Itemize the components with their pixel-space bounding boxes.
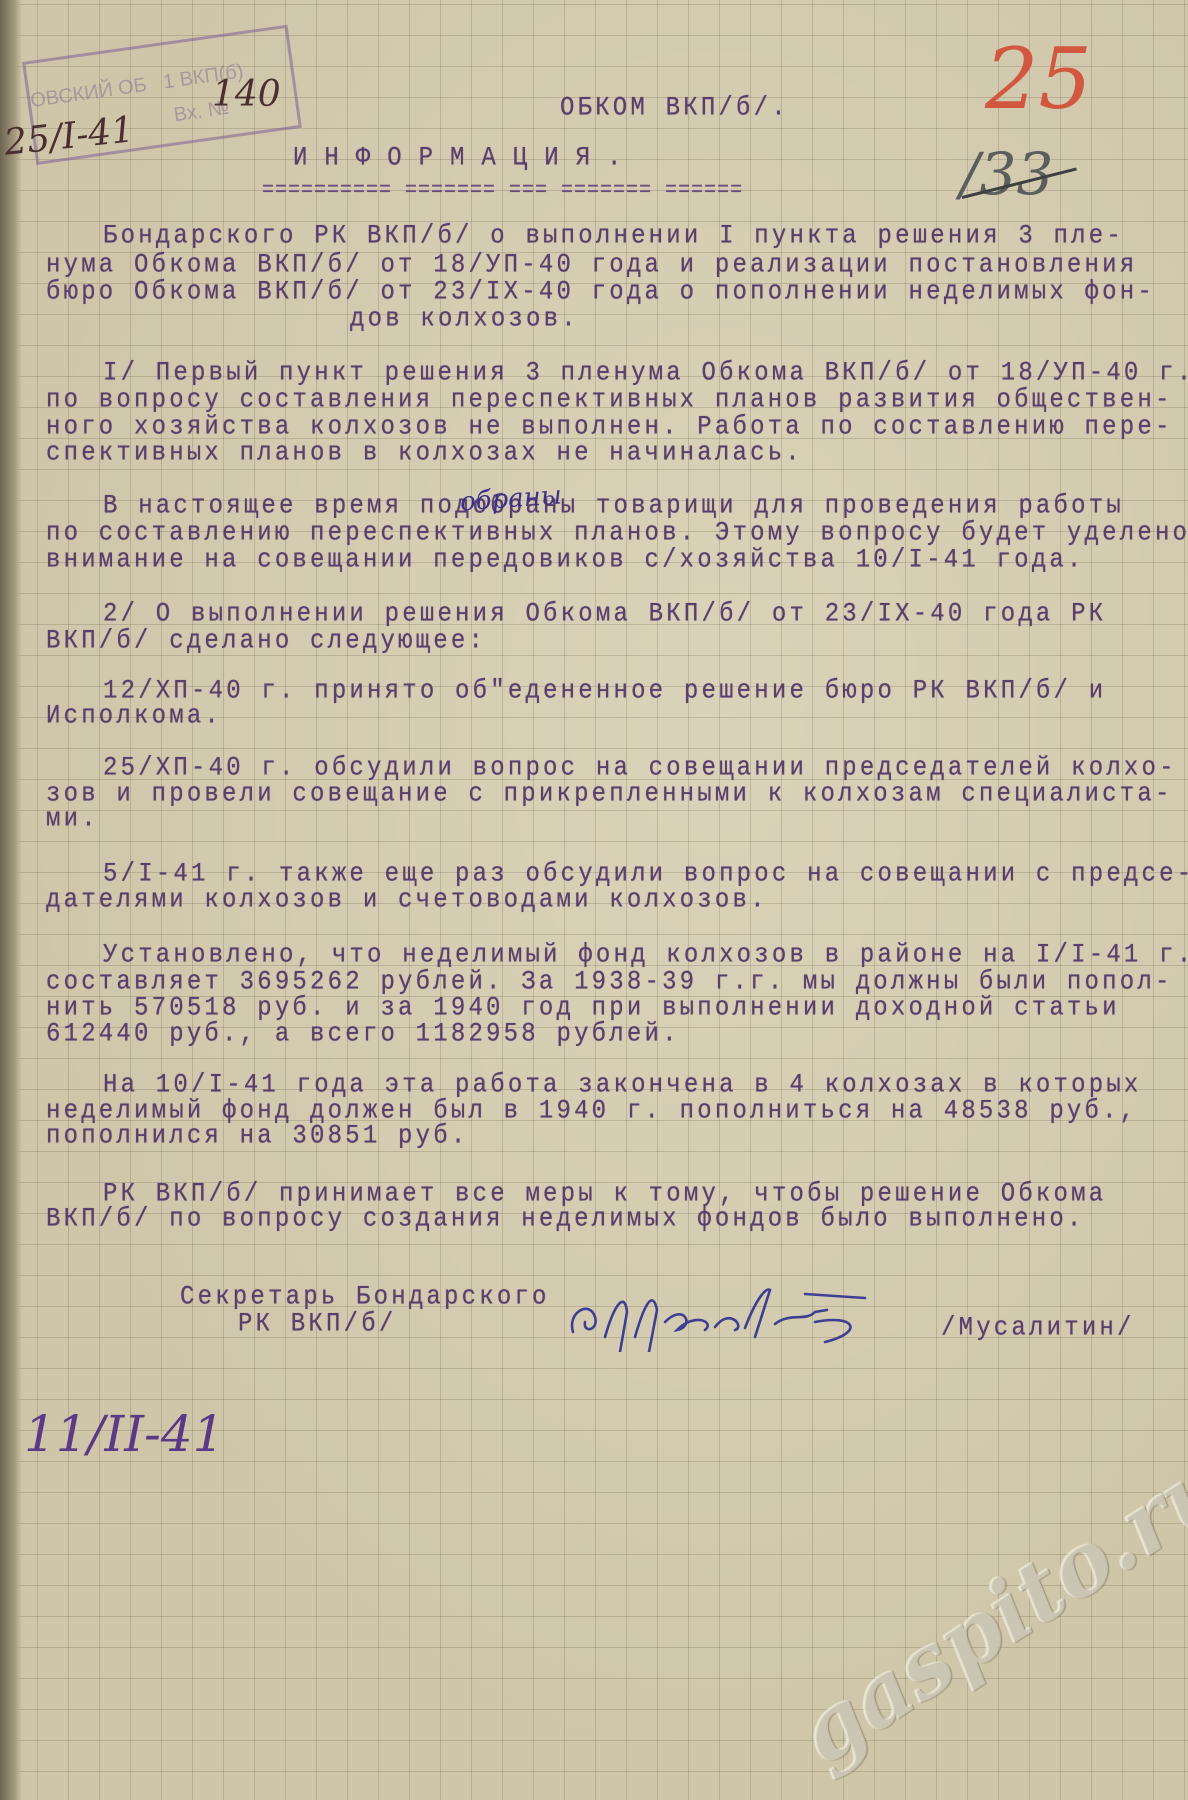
stamp-incoming-number: 140 [212,74,281,115]
signature-title-line-2: РК ВКП/б/ [238,1308,396,1340]
folio-number-old: /33 [960,140,1053,208]
p5-line-3: ми. [46,803,99,835]
p9-line-2: ВКП/б/ по вопросу создания неделимых фон… [46,1203,1085,1235]
p1-line-4: спективных планов в колхозах не начинала… [46,437,803,469]
p2-line-3: внимание на совещании передовиков с/хозя… [46,544,1085,576]
folio-number-red: 25 [985,30,1092,128]
addressee: ОБКОМ ВКП/б/. [560,92,789,124]
document-title: ИНФОРМАЦИЯ. [293,142,638,174]
title-underline: ========== ======= === ======= ====== [262,174,743,206]
handwritten-date: 11/II-41 [24,1405,225,1463]
subject-line-1: Бондарского РК ВКП/б/ о выполнении I пун… [103,220,1124,252]
p7-line-4: 612440 руб., а всего 1182958 рублей. [46,1018,680,1050]
subject-line-4: дов колхозов. [350,303,579,335]
signatory-name: /Мусалитин/ [941,1312,1135,1344]
p4-line-1: 12/ХП-40 г. принято об"едененное решение… [103,675,1106,707]
p3-line-2: ВКП/б/ сделано следующее: [46,625,486,657]
binding-shadow [0,0,22,1800]
subject-line-3: бюро Обкома ВКП/б/ от 23/IX-40 года о по… [46,276,1155,308]
p4-line-2: Исполкома. [46,700,222,732]
handwritten-signature [565,1282,895,1352]
p8-line-3: пополнился на 30851 руб. [46,1120,468,1152]
p6-line-2: дателями колхозов и счетоводами колхозов… [46,884,768,916]
p5-line-2: зов и провели совещание с прикрепленными… [46,778,1173,810]
